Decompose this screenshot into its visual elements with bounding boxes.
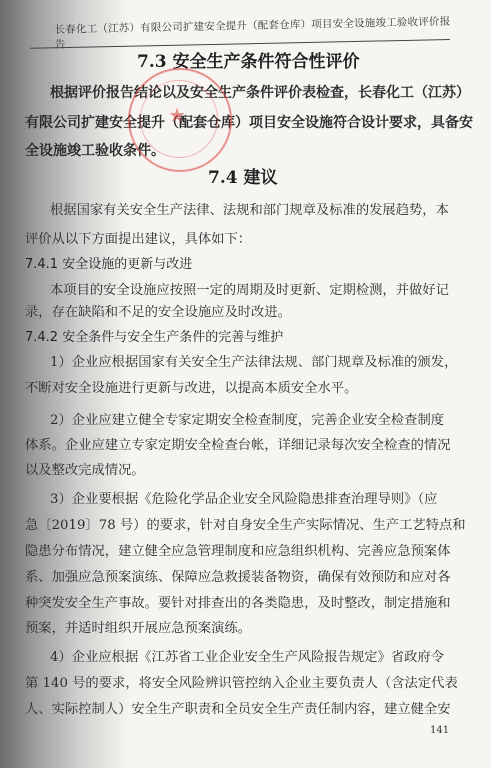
section-7-4-title: 7.4 建议 [208, 163, 278, 188]
subsection-7-4-1-title: 7.4.1 安全设施的更新与改进 [25, 253, 192, 272]
body-line: 1）企业应根据国家有关安全生产法律法规、部门规章及标准的颁发， [50, 351, 491, 370]
subsection-7-4-2-title: 7.4.2 安全条件与安全生产条件的完善与维护 [25, 326, 283, 345]
body-line: 本项目的安全设施应按照一定的周期及时更新、定期检测，并做好记 [50, 279, 491, 298]
body-line: 2）企业应建立健全专家定期安全检查制度，完善企业安全检查制度 [50, 409, 491, 428]
body-line: 预案，并适时组织开展应急预案演练。 [25, 617, 475, 636]
body-line: 第 140 号的要求，将安全风险辨识管控纳入企业主要负责人（含法定代表 [25, 672, 475, 691]
body-line: 系、加强应急预案演练、保障应急救援装备物资，确保有效预防和应对各 [25, 566, 475, 585]
body-line: 体系。企业应建立专家定期安全检查台帐，详细记录每次安全检查的情况 [25, 434, 475, 453]
body-line: 隐患分布情况，建立健全应急管理制度和应急组织机构、完善应急预案体 [25, 540, 475, 559]
body-line: 急〔2019〕78 号）的要求，针对自身安全生产实际情况、生产工艺特点和 [25, 514, 475, 533]
body-line: 不断对安全设施进行更新与改进，以提高本质安全水平。 [25, 377, 475, 396]
section-7-3-title: 7.3 安全生产条件符合性评价 [137, 47, 360, 72]
intro-line: 评价从以下方面提出建议，具体如下： [25, 228, 475, 247]
document-page: 长春化工（江苏）有限公司扩建安全提升（配套仓库）项目安全设施竣工验收评价报告 7… [0, 0, 491, 768]
body-line: 4）企业应根据《江苏省工业企业安全生产风险报告规定》省政府令 [50, 646, 491, 665]
conclusion-line: 根据评价报告结论以及安全生产条件评价表检查，长春化工（江苏） [50, 82, 491, 102]
conclusion-line: 全设施竣工验收条件。 [25, 140, 475, 160]
body-line: 种突发安全生产事故。要针对排查出的各类隐患，及时整改，制定措施和 [25, 592, 475, 611]
body-line: 3）企业要根据《危险化学品企业安全风险隐患排查治理导则》（应 [50, 488, 491, 507]
body-line: 录，存在缺陷和不足的安全设施应及时改进。 [25, 301, 475, 320]
intro-line: 根据国家有关安全生产法律、法规和部门规章及标准的发展趋势，本 [50, 199, 491, 218]
body-line: 人、实际控制人）安全生产职责和全员安全生产责任制内容，建立健全安 [25, 698, 475, 717]
page-number: 141 [430, 725, 449, 736]
body-line: 以及整改完成情况。 [25, 459, 475, 478]
conclusion-line: 有限公司扩建安全提升（配套仓库）项目安全设施符合设计要求，具备安 [25, 112, 475, 132]
